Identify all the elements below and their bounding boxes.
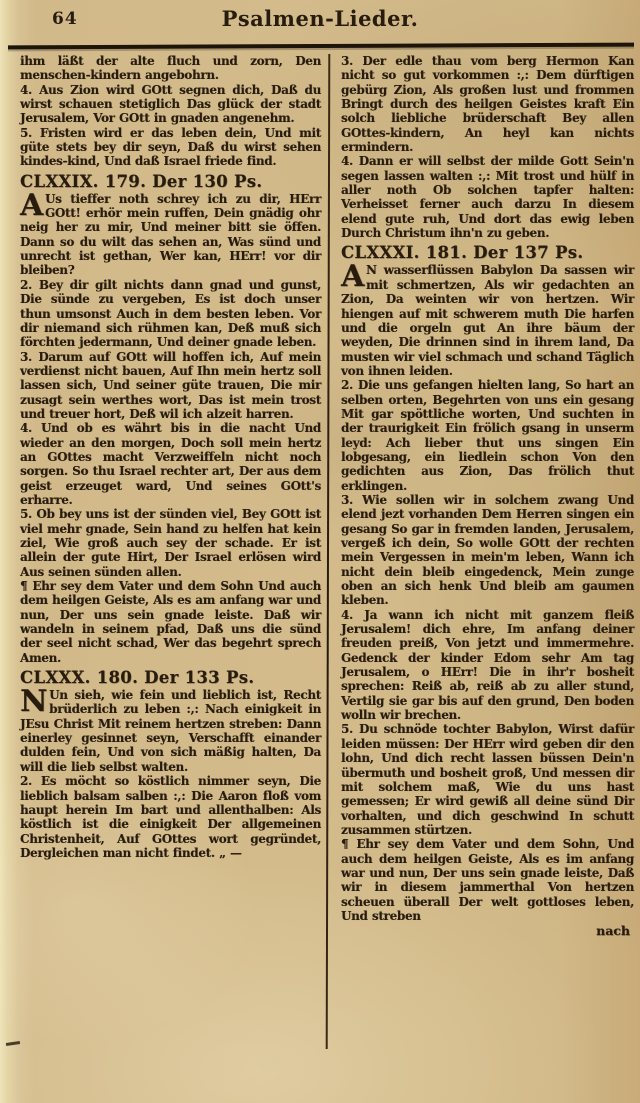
verse: AN wasserflüssen Babylon Da sassen wir m… <box>341 263 634 378</box>
page-header: 64 Psalmen-Lieder. <box>0 6 640 36</box>
right-column: 3. Der edle thau vom berg Hermon Kan nic… <box>341 54 634 1049</box>
gloria-patri-verse: ¶ Ehr sey dem Vater und dem Sohn Und auc… <box>20 579 321 665</box>
running-title: Psalmen-Lieder. <box>0 6 640 31</box>
text-columns: ihm läßt der alte fluch und zorn, Den me… <box>0 54 640 1049</box>
verse: NUn sieh, wie fein und lieblich ist, Rec… <box>20 688 321 774</box>
gloria-patri-verse: ¶ Ehr sey dem Vater und dem Sohn, Und au… <box>341 837 634 923</box>
verse-text: Us tieffer noth schrey ich zu dir, HErr … <box>20 192 321 278</box>
drop-cap-initial: A <box>20 193 45 220</box>
verse: 2. Bey dir gilt nichts dann gnad und gun… <box>20 278 321 350</box>
hymnal-page: 64 Psalmen-Lieder. ihm läßt der alte flu… <box>0 0 640 1103</box>
verse: 2. Die uns gefangen hielten lang, So har… <box>341 378 634 493</box>
verse: 5. Fristen wird er das leben dein, Und m… <box>20 126 321 169</box>
verse: 3. Darum auf GOtt will hoffen ich, Auf m… <box>20 350 321 422</box>
verse: 3. Der edle thau vom berg Hermon Kan nic… <box>341 54 634 154</box>
verse: 4. Aus Zion wird GOtt segnen dich, Daß d… <box>20 83 321 126</box>
verse: 3. Wie sollen wir in solchem zwang Und e… <box>341 493 634 608</box>
hymn-heading: CLXXIX. 179. Der 130 Ps. <box>20 172 321 191</box>
hymn-heading: CLXXX. 180. Der 133 Ps. <box>20 668 321 687</box>
header-rule <box>8 43 634 50</box>
verse: 4. Dann er will selbst der milde Gott Se… <box>341 154 634 240</box>
verse: 5. Ob bey uns ist der sünden viel, Bey G… <box>20 507 321 579</box>
verse-text: N wasserflüssen Babylon Da sassen wir mi… <box>341 263 634 377</box>
verse: 2. Es möcht so köstlich nimmer seyn, Die… <box>20 774 321 860</box>
left-column: ihm läßt der alte fluch und zorn, Den me… <box>20 54 321 1049</box>
hymn-heading: CLXXXI. 181. Der 137 Ps. <box>341 243 634 262</box>
verse: 5. Du schnöde tochter Babylon, Wirst daf… <box>341 722 634 837</box>
verse: 4. Und ob es währt bis in die nacht Und … <box>20 421 321 507</box>
verse-continuation: ihm läßt der alte fluch und zorn, Den me… <box>20 54 321 83</box>
column-divider-rule <box>326 54 331 1049</box>
catchword: nach <box>341 923 634 938</box>
verse: AUs tieffer noth schrey ich zu dir, HErr… <box>20 192 321 278</box>
verse: 4. Ja wann ich nicht mit ganzem fleiß Je… <box>341 608 634 723</box>
verse-text: Un sieh, wie fein und lieblich ist, Rech… <box>20 688 321 774</box>
drop-cap-initial: N <box>20 689 49 716</box>
drop-cap-initial: A <box>341 264 366 291</box>
